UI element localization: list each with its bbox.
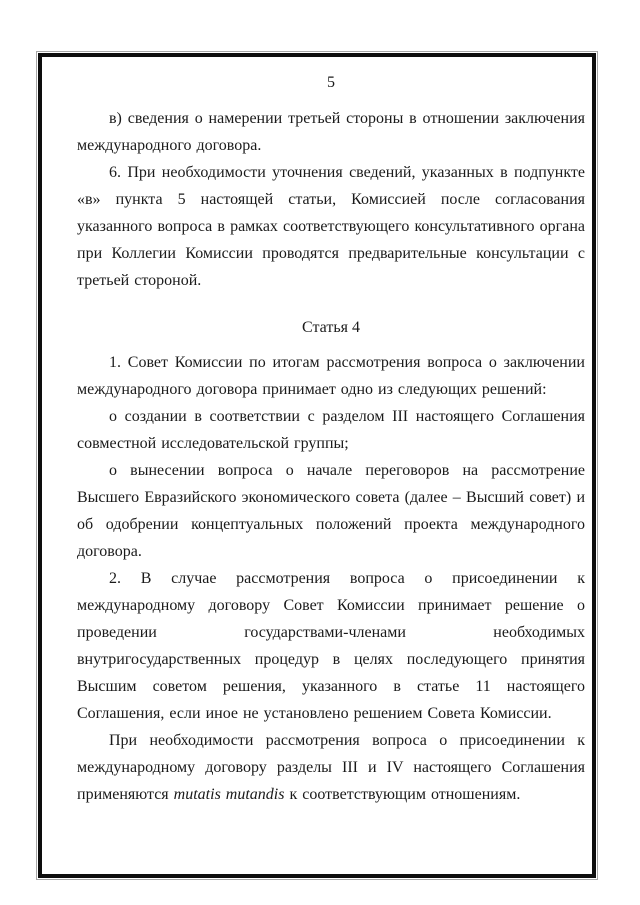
paragraph-subpoint-v: в) сведения о намерении третьей стороны … bbox=[77, 105, 585, 159]
paragraph-decision-research-group: о создании в соответствии с разделом III… bbox=[77, 403, 585, 457]
paragraph-point-2: 2. В случае рассмотрения вопроса о присо… bbox=[77, 565, 585, 727]
italic-latin-phrase: mutatis mutandis bbox=[174, 786, 285, 803]
final-paragraph-after-italic: к соответствующим отношениям. bbox=[284, 786, 520, 803]
paragraph-mutatis-mutandis: При необходимости рассмотрения вопроса о… bbox=[77, 727, 585, 808]
paragraph-decision-negotiations: о вынесении вопроса о начале переговоров… bbox=[77, 457, 585, 565]
page-frame: 5 в) сведения о намерении третьей сторон… bbox=[38, 53, 596, 878]
paragraph-point-6: 6. При необходимости уточнения сведений,… bbox=[77, 159, 585, 294]
paragraph-point-1: 1. Совет Комиссии по итогам рассмотрения… bbox=[77, 349, 585, 403]
article-heading: Статья 4 bbox=[77, 314, 585, 341]
document-scan-background: 5 в) сведения о намерении третьей сторон… bbox=[0, 0, 640, 905]
page-number: 5 bbox=[77, 69, 585, 96]
